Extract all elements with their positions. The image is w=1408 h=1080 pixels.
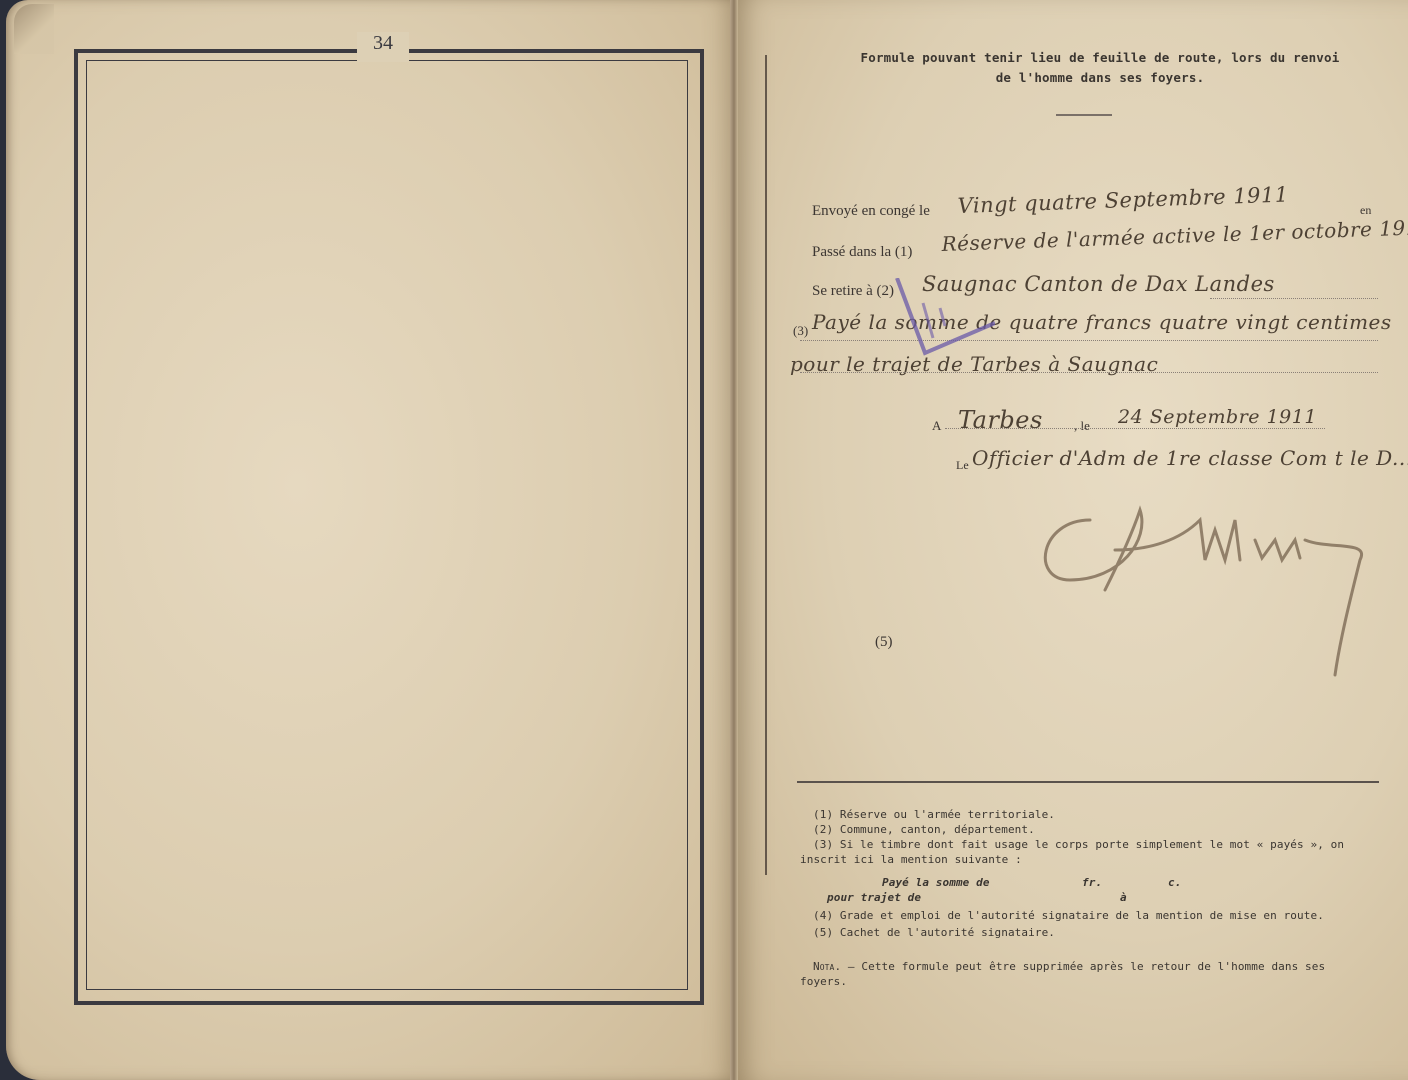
dotted-line (945, 428, 1325, 429)
nota-line: Nota. — Cette formule peut être supprimé… (813, 960, 1325, 973)
footnote-rule (797, 781, 1379, 783)
place-prefix: A (932, 418, 941, 434)
footnote-2: (2) Commune, canton, département. (813, 823, 1035, 836)
title-rule (1056, 114, 1112, 116)
nota-text-cont: foyers. (800, 975, 847, 988)
place-value: Tarbes (958, 406, 1043, 434)
page-number: 34 (357, 32, 409, 55)
book-spine (730, 0, 738, 1080)
date-value: 24 Septembre 1911 (1118, 406, 1317, 428)
signature (1030, 480, 1408, 690)
footnote-4: (4) Grade et emploi de l'autorité signat… (813, 909, 1324, 922)
footnote-3-cont: inscrit ici la mention suivante : (800, 853, 1022, 866)
signatory-prefix: Le (956, 458, 969, 473)
footnote-sample-fr: fr. (1082, 876, 1102, 889)
dotted-line (1210, 298, 1378, 299)
field-label-conge: Envoyé en congé le (812, 203, 930, 220)
field-label-retire: Se retire à (2) (812, 283, 894, 300)
footnote-5: (5) Cachet de l'autorité signataire. (813, 926, 1055, 939)
page-frame-inner (86, 60, 688, 990)
footnote-sample-a: à (1120, 891, 1127, 904)
margin-line (765, 55, 767, 875)
form-title-line1: Formule pouvant tenir lieu de feuille de… (800, 48, 1400, 68)
stamp-mark (895, 278, 995, 378)
signatory-title: Officier d'Adm de 1re classe Com t le D.… (972, 446, 1408, 470)
field-label-3: (3) (793, 323, 808, 339)
field-suffix-en: en (1360, 203, 1371, 218)
dog-ear-corner (14, 4, 54, 54)
nota-label: Nota. (813, 960, 841, 973)
form-title: Formule pouvant tenir lieu de feuille de… (800, 48, 1400, 88)
seal-marker: (5) (875, 634, 893, 651)
date-prefix: , le (1074, 418, 1090, 434)
form-title-line2: de l'homme dans ses foyers. (800, 68, 1400, 88)
dotted-line (800, 340, 1378, 341)
footnote-sample-trajet: pour trajet de (827, 891, 921, 904)
footnote-sample-paye: Payé la somme de (882, 876, 990, 889)
footnote-sample-c: c. (1168, 876, 1181, 889)
nota-text: — Cette formule peut être supprimée aprè… (841, 960, 1325, 973)
field-label-passe: Passé dans la (1) (812, 244, 912, 261)
dotted-line (800, 372, 1378, 373)
footnote-1: (1) Réserve ou l'armée territoriale. (813, 808, 1055, 821)
footnote-3: (3) Si le timbre dont fait usage le corp… (813, 838, 1344, 851)
